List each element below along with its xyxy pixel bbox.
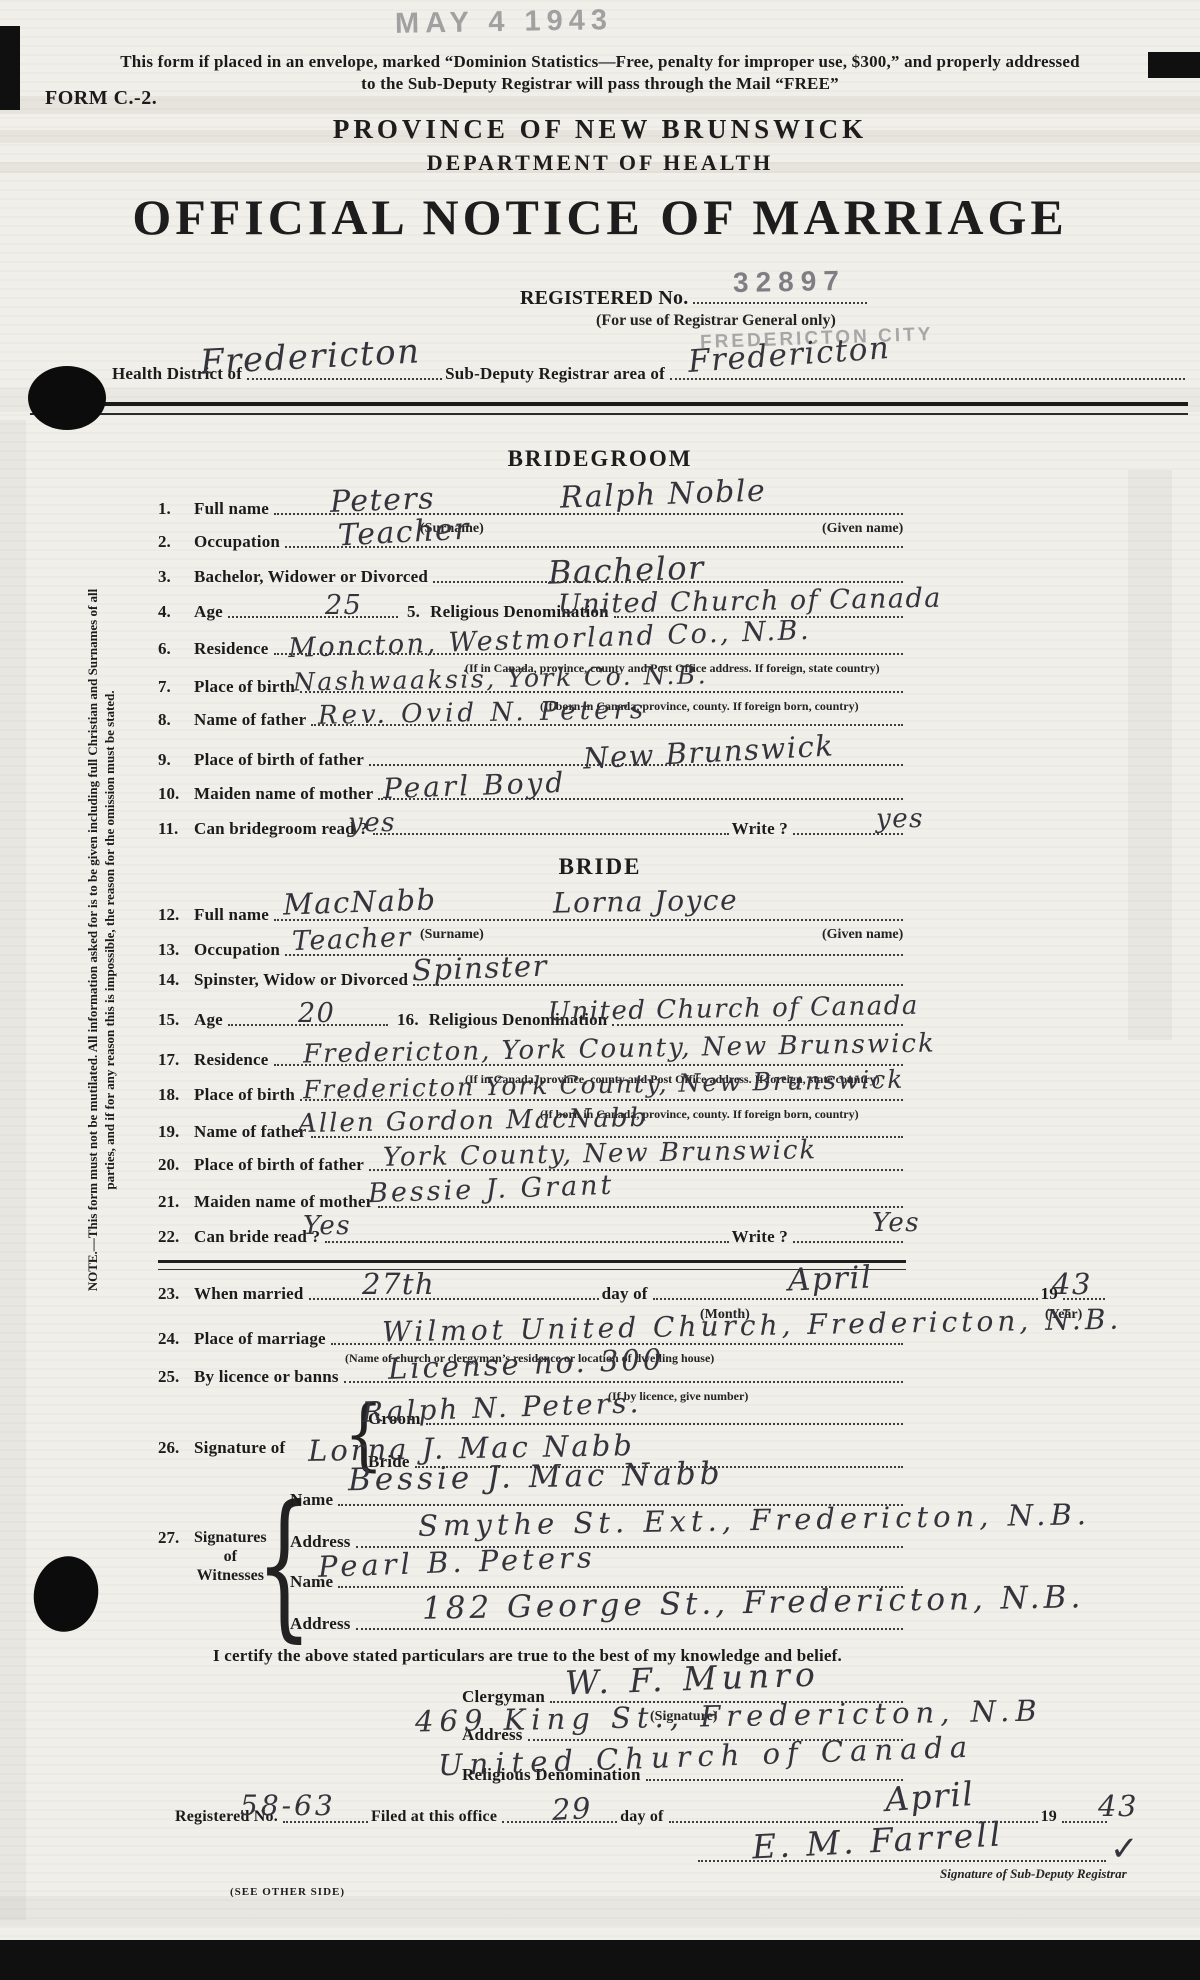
field-label: Age bbox=[194, 1010, 223, 1030]
dotted-line bbox=[356, 1628, 903, 1630]
handwriting-groom-mother: Pearl Boyd bbox=[383, 769, 567, 803]
form-number: FORM C.-2. bbox=[45, 88, 157, 108]
handwriting-groom-surname: Peters bbox=[330, 484, 436, 518]
registered-no-label: REGISTERED No. bbox=[520, 288, 688, 308]
punch-hole bbox=[28, 366, 106, 430]
dotted-line bbox=[228, 616, 398, 618]
field-label: Full name bbox=[194, 499, 269, 519]
handwriting-bride-status: Spinster bbox=[412, 952, 549, 986]
registered-no-stamped-value: 32897 bbox=[733, 265, 846, 299]
field-number: 23. bbox=[158, 1284, 194, 1304]
field-row-groom-occupation: 2. Occupation bbox=[158, 532, 906, 552]
field-number: 18. bbox=[158, 1085, 194, 1105]
filed-label: Filed at this office bbox=[371, 1807, 497, 1827]
field-row-when-married: 23. When married day of 19 bbox=[158, 1284, 1108, 1304]
subdeputy-area-label: Sub-Deputy Registrar area of bbox=[445, 364, 665, 384]
day-of-label: day of bbox=[602, 1284, 648, 1304]
field-label: By licence or banns bbox=[194, 1367, 339, 1387]
handwriting-bride-father: Allen Gordon MacNabb bbox=[298, 1105, 649, 1137]
field-number: 20. bbox=[158, 1155, 194, 1175]
handwriting-bride-age: 20 bbox=[298, 1000, 335, 1027]
handwriting-groom-can-write: yes bbox=[876, 806, 924, 832]
dotted-line bbox=[373, 833, 729, 835]
field-label: Spinster, Widow or Divorced bbox=[194, 970, 408, 990]
witness-signature-label: 27. Signatures of Witnesses bbox=[158, 1528, 267, 1585]
field-number: 15. bbox=[158, 1010, 194, 1030]
field-row-groom-literacy: 11. Can bridegroom read ? Write ? bbox=[158, 819, 906, 839]
envelope-instruction-line2: to the Sub-Deputy Registrar will pass th… bbox=[0, 74, 1200, 94]
dotted-line bbox=[309, 1298, 599, 1300]
margin-note: NOTE.—This form must not be mutilated. A… bbox=[84, 550, 118, 1330]
address-label: Address bbox=[290, 1614, 351, 1634]
field-label: Name of father bbox=[194, 710, 306, 730]
scanner-edge-mark bbox=[1148, 52, 1200, 78]
field-label: Residence bbox=[194, 1050, 269, 1070]
punch-hole bbox=[27, 1550, 105, 1638]
name-label: Name bbox=[290, 1490, 333, 1510]
handwriting-bride-occupation: Teacher bbox=[292, 924, 413, 955]
handwriting-marriage-day: 27th bbox=[362, 1270, 435, 1299]
handwriting-filing-registered-no: 58-63 bbox=[240, 1792, 336, 1820]
field-label: Full name bbox=[194, 905, 269, 925]
field-label: Occupation bbox=[194, 940, 280, 960]
checkmark: ✓ bbox=[1110, 1832, 1140, 1866]
margin-note-line1: NOTE.—This form must not be mutilated. A… bbox=[84, 550, 101, 1330]
handwriting-groom-birthplace: Nashwaaksis, York Co. N.B. bbox=[293, 662, 709, 694]
dotted-line bbox=[274, 919, 903, 921]
field-number: 26. bbox=[158, 1438, 194, 1458]
field-number: 16. bbox=[397, 1010, 419, 1030]
handwriting-bride-can-write: Yes bbox=[872, 1210, 920, 1236]
scanned-marriage-form: MAY 4 1943 This form if placed in an env… bbox=[0, 0, 1200, 1980]
handwriting-groom-status: Bachelor bbox=[547, 551, 705, 588]
write-label: Write ? bbox=[732, 819, 788, 839]
field-number: 17. bbox=[158, 1050, 194, 1070]
province-heading: PROVINCE OF NEW BRUNSWICK bbox=[0, 114, 1200, 145]
field-number: 25. bbox=[158, 1367, 194, 1387]
handwriting-bride-religion: United Church of Canada bbox=[548, 993, 919, 1025]
envelope-instruction-line1: This form if placed in an envelope, mark… bbox=[0, 52, 1200, 72]
bridegroom-section-title: BRIDEGROOM bbox=[0, 446, 1200, 472]
scan-artifact bbox=[0, 1896, 1200, 1926]
date-received-stamp: MAY 4 1943 bbox=[395, 4, 614, 41]
field-row-bride-literacy: 22. Can bride read ? Write ? bbox=[158, 1227, 906, 1247]
scanner-bottom-bar bbox=[0, 1940, 1200, 1980]
field-label: Maiden name of mother bbox=[194, 1192, 373, 1212]
field-row-bride-full-name: 12. Full name bbox=[158, 905, 906, 925]
field-number: 9. bbox=[158, 750, 194, 770]
field-label: Age bbox=[194, 602, 223, 622]
field-number: 27. bbox=[158, 1528, 194, 1585]
field-label: Can bride read ? bbox=[194, 1227, 320, 1247]
field-number: 19. bbox=[158, 1122, 194, 1142]
handwriting-bride-can-read: Yes bbox=[303, 1213, 351, 1239]
field-label: Place of birth of father bbox=[194, 1155, 364, 1175]
dotted-line bbox=[653, 1298, 1038, 1300]
field-number: 14. bbox=[158, 970, 194, 990]
field-label: Place of birth of father bbox=[194, 750, 364, 770]
handwriting-filing-day: 29 bbox=[551, 1794, 592, 1825]
handwriting-groom-age: 25 bbox=[325, 592, 362, 619]
field-label: Place of marriage bbox=[194, 1329, 326, 1349]
handwriting-marriage-month: April bbox=[787, 1263, 872, 1297]
scan-artifact bbox=[0, 420, 26, 1920]
field-number: 11. bbox=[158, 819, 194, 839]
handwriting-groom-can-read: yes bbox=[348, 810, 396, 836]
handwriting-filing-month: April bbox=[884, 1777, 975, 1816]
dotted-line bbox=[670, 378, 1185, 380]
field-number: 13. bbox=[158, 940, 194, 960]
handwriting-clergyman-signature: W. F. Munro bbox=[565, 1658, 821, 1700]
see-other-side: (SEE OTHER SIDE) bbox=[230, 1886, 345, 1898]
handwriting-groom-occupation: Teacher bbox=[337, 515, 470, 552]
field-row-groom-full-name: 1. Full name bbox=[158, 499, 906, 519]
handwriting-groom-religion: United Church of Canada bbox=[558, 585, 942, 619]
registrar-only-caption: (For use of Registrar General only) bbox=[596, 312, 836, 330]
handwriting-filing-year: 43 bbox=[1098, 1792, 1138, 1821]
handwriting-witness1-name: Bessie J. Mac Nabb bbox=[348, 1459, 724, 1497]
dotted-line bbox=[793, 1241, 903, 1243]
field-label: Place of birth bbox=[194, 677, 295, 697]
bride-section-title: BRIDE bbox=[0, 854, 1200, 880]
field-number: 8. bbox=[158, 710, 194, 730]
field-label: Signature of bbox=[194, 1438, 285, 1458]
field-label: Residence bbox=[194, 639, 269, 659]
field-number: 3. bbox=[158, 567, 194, 587]
handwriting-bride-father-birthplace: York County, New Brunswick bbox=[383, 1137, 818, 1171]
field-number: 2. bbox=[158, 532, 194, 552]
handwriting-bride-surname: MacNabb bbox=[283, 885, 437, 919]
handwriting-groom-father: Rev. Ovid N. Peters bbox=[318, 697, 648, 729]
handwriting-groom-given-name: Ralph Noble bbox=[560, 476, 767, 513]
write-label: Write ? bbox=[732, 1227, 788, 1247]
handwriting-bride-given-name: Lorna Joyce bbox=[553, 886, 739, 917]
field-label: Maiden name of mother bbox=[194, 784, 373, 804]
field-number: 24. bbox=[158, 1329, 194, 1349]
field-number: 12. bbox=[158, 905, 194, 925]
department-heading: DEPARTMENT OF HEALTH bbox=[0, 150, 1200, 176]
scan-artifact bbox=[1128, 470, 1172, 1040]
year-prefix: 19 bbox=[1041, 1807, 1057, 1827]
handwriting-place-of-marriage: Wilmot United Church, Fredericton, N.B. bbox=[382, 1306, 1123, 1347]
field-number: 22. bbox=[158, 1227, 194, 1247]
field-number: 1. bbox=[158, 499, 194, 519]
field-label: Bachelor, Widower or Divorced bbox=[194, 567, 428, 587]
field-label: Place of birth bbox=[194, 1085, 295, 1105]
section-divider bbox=[30, 402, 1188, 415]
field-number: 5. bbox=[407, 602, 420, 622]
dotted-line bbox=[693, 302, 867, 304]
field-number: 6. bbox=[158, 639, 194, 659]
margin-note-line2: parties, and if for any reason this is i… bbox=[101, 550, 118, 1330]
handwriting-witness2-address: 182 George St., Fredericton, N.B. bbox=[422, 1582, 1085, 1625]
day-of-label: day of bbox=[620, 1807, 663, 1827]
field-label: When married bbox=[194, 1284, 304, 1304]
scan-artifact bbox=[0, 96, 1200, 114]
field-label: Name of father bbox=[194, 1122, 306, 1142]
field-number: 10. bbox=[158, 784, 194, 804]
handwriting-bride-mother: Bessie J. Grant bbox=[368, 1172, 615, 1208]
handwriting-witness1-address: Smythe St. Ext., Fredericton, N.B. bbox=[418, 1500, 1091, 1541]
scanner-edge-mark bbox=[0, 26, 20, 110]
field-label: Occupation bbox=[194, 532, 280, 552]
handwriting-health-district: Fredericton bbox=[199, 334, 421, 379]
dotted-line bbox=[646, 1779, 903, 1781]
page-title: OFFICIAL NOTICE OF MARRIAGE bbox=[0, 188, 1200, 246]
couple-signature-label: 26. Signature of bbox=[158, 1438, 285, 1458]
field-label: Can bridegroom read ? bbox=[194, 819, 368, 839]
field-number: 7. bbox=[158, 677, 194, 697]
field-number: 4. bbox=[158, 602, 194, 622]
dotted-line bbox=[378, 1206, 903, 1208]
registrar-signature-caption: Signature of Sub-Deputy Registrar bbox=[940, 1866, 1127, 1882]
dotted-line bbox=[325, 1241, 729, 1243]
field-row-groom-status: 3. Bachelor, Widower or Divorced bbox=[158, 567, 906, 587]
dotted-line bbox=[285, 954, 903, 956]
handwriting-marriage-year: 43 bbox=[1052, 1270, 1092, 1299]
field-number: 21. bbox=[158, 1192, 194, 1212]
